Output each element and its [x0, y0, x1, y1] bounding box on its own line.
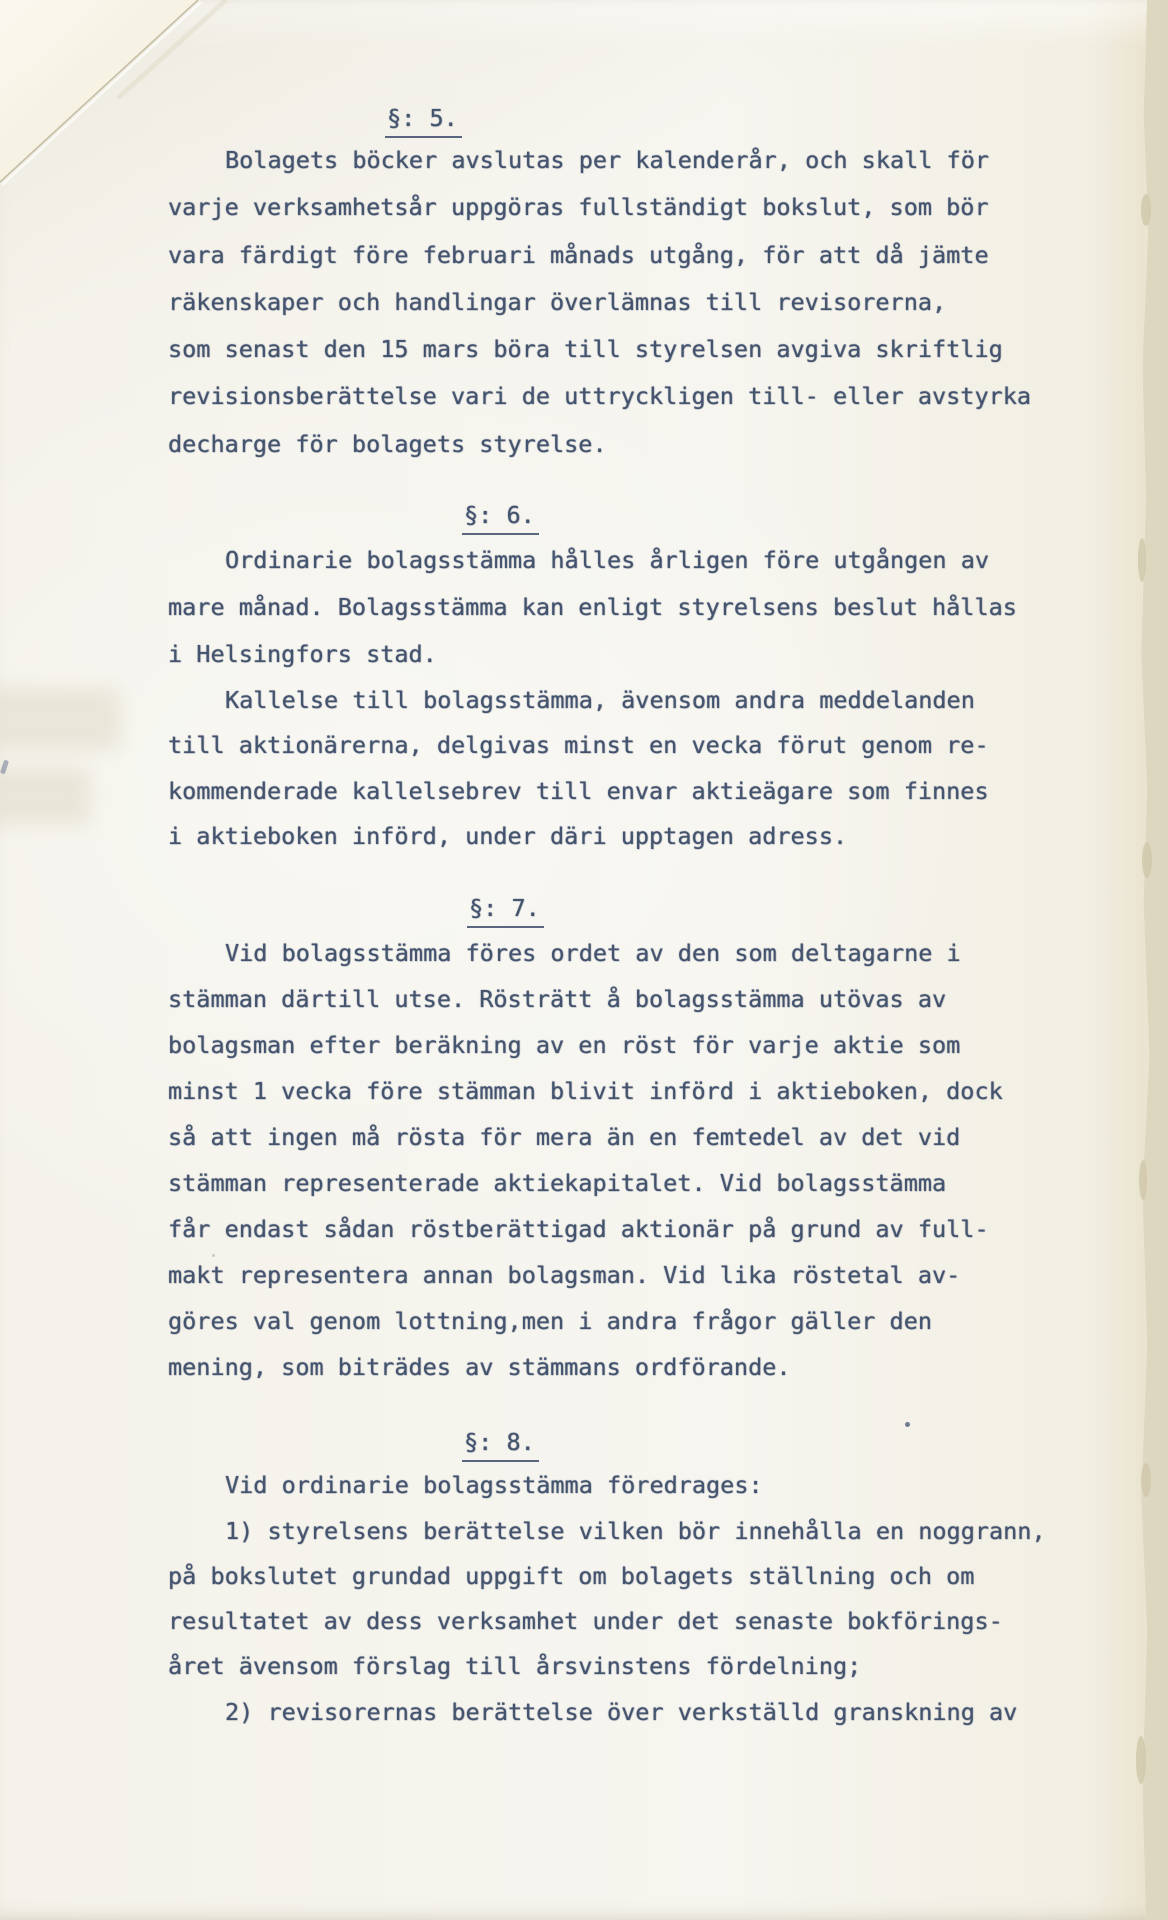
text-line: varje verksamhetsår uppgöras fullständig… — [168, 184, 1031, 231]
section-8-item-2: 2) revisorernas berättelse över verkstäl… — [168, 1690, 1017, 1735]
section-heading-5: §: 5. — [385, 104, 462, 138]
ink-speck — [510, 956, 514, 960]
text-line: resultatet av dess verksamhet under det … — [168, 1599, 1046, 1644]
paper-stain — [0, 688, 120, 750]
section-heading-8-label: §: 8. — [462, 1428, 539, 1462]
text-line: minst 1 vecka före stämman blivit införd… — [168, 1068, 1003, 1114]
text-line: Bolagets böcker avslutas per kalenderår,… — [168, 137, 1031, 184]
text-line: i aktieboken införd, under däri upptagen… — [168, 814, 989, 859]
text-line: mare månad. Bolagsstämma kan enligt styr… — [168, 584, 1017, 631]
text-line: decharge för bolagets styrelse. — [168, 421, 1031, 468]
dust-speck — [212, 1254, 215, 1257]
text-line: kommenderade kallelsebrev till envar akt… — [168, 769, 989, 814]
section-8-item-1: 1) styrelsens berättelse vilken bör inne… — [168, 1509, 1046, 1689]
text-line: Vid bolagsstämma föres ordet av den som … — [168, 930, 1003, 976]
section-6-paragraph-1: Ordinarie bolagsstämma hålles årligen fö… — [168, 537, 1017, 678]
paper-sheet: §: 5. Bolagets böcker avslutas per kalen… — [0, 0, 1168, 1920]
text-line: så att ingen må rösta för mera än en fem… — [168, 1114, 1003, 1160]
text-line: till aktionärerna, delgivas minst en vec… — [168, 723, 989, 768]
text-line: som senast den 15 mars böra till styrels… — [168, 326, 1031, 373]
text-line: mening, som biträdes av stämmans ordföra… — [168, 1344, 1003, 1390]
section-heading-5-label: §: 5. — [385, 104, 462, 138]
section-heading-8: §: 8. — [462, 1428, 539, 1462]
text-line: 2) revisorernas berättelse över verkstäl… — [168, 1690, 1017, 1735]
section-heading-6-label: §: 6. — [462, 501, 539, 535]
text-line: bolagsman efter beräkning av en röst för… — [168, 1022, 1003, 1068]
section-6-paragraph-2: Kallelse till bolagsstämma, ävensom andr… — [168, 678, 989, 860]
text-line: räkenskaper och handlingar överlämnas ti… — [168, 279, 1031, 326]
text-line: stämman representerade aktiekapitalet. V… — [168, 1160, 1003, 1206]
text-line: på bokslutet grundad uppgift om bolagets… — [168, 1554, 1046, 1599]
text-line: stämman därtill utse. Rösträtt å bolagss… — [168, 976, 1003, 1022]
text-line: året ävensom förslag till årsvinstens fö… — [168, 1644, 1046, 1689]
text-line: får endast sådan röstberättigad aktionär… — [168, 1206, 1003, 1252]
section-heading-6: §: 6. — [462, 501, 539, 535]
text-line: i Helsingfors stad. — [168, 631, 1017, 678]
paper-stain — [0, 768, 90, 824]
ink-speck — [905, 1422, 910, 1427]
scanned-document-page: { "colors": { "ink": "#44536e", "paper":… — [0, 0, 1168, 1920]
text-line: 1) styrelsens berättelse vilken bör inne… — [168, 1509, 1046, 1554]
text-line: Kallelse till bolagsstämma, ävensom andr… — [168, 678, 989, 723]
text-line: makt representera annan bolagsman. Vid l… — [168, 1252, 1003, 1298]
section-heading-7-label: §: 7. — [467, 894, 544, 928]
section-heading-7: §: 7. — [467, 894, 544, 928]
text-line: Ordinarie bolagsstämma hålles årligen fö… — [168, 537, 1017, 584]
text-line: vara färdigt före februari månads utgång… — [168, 232, 1031, 279]
section-7-paragraph: Vid bolagsstämma föres ordet av den som … — [168, 930, 1003, 1390]
text-line: Vid ordinarie bolagsstämma föredrages: — [168, 1463, 763, 1508]
section-8-intro: Vid ordinarie bolagsstämma föredrages: — [168, 1463, 763, 1508]
section-5-paragraph: Bolagets böcker avslutas per kalenderår,… — [168, 137, 1031, 468]
text-line: revisionsberättelse vari de uttryckligen… — [168, 373, 1031, 420]
text-line: göres val genom lottning,men i andra frå… — [168, 1298, 1003, 1344]
